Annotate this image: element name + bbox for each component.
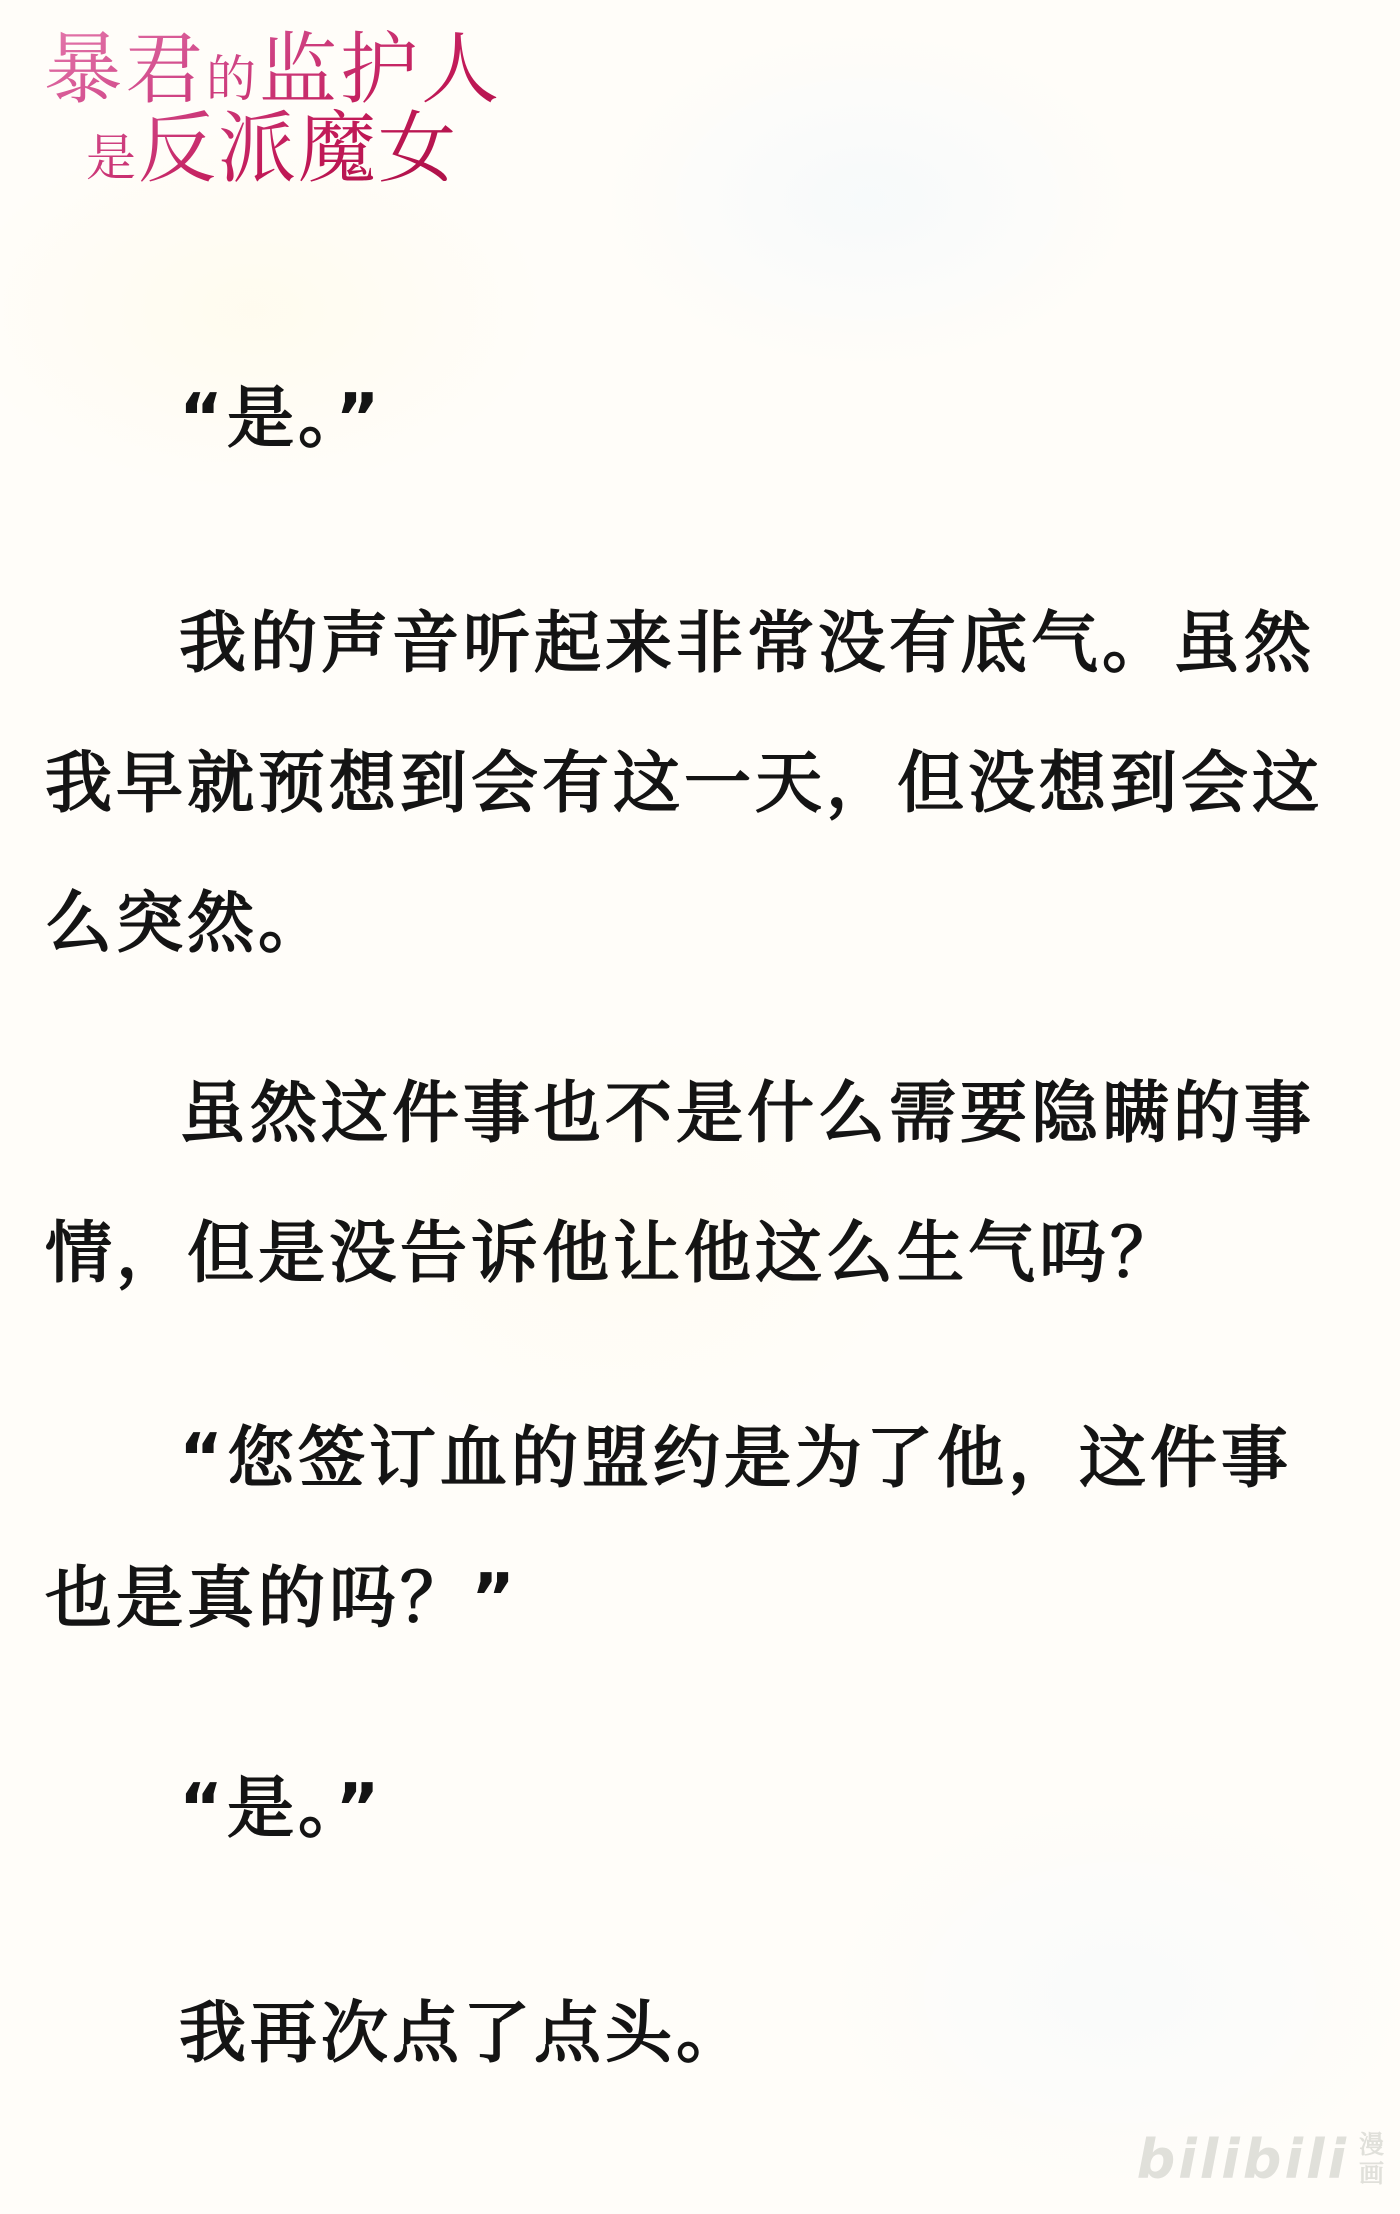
- paragraph: 我的声音听起来非常没有底气。虽然 我早就预想到会有这一天，但没想到会这 么突然。: [45, 573, 1355, 993]
- logo-text: 监护人: [259, 25, 502, 115]
- paragraph: 虽然这件事也不是什么需要隐瞒的事 情，但是没告诉他让他这么生气吗？: [45, 1043, 1355, 1323]
- text-line: 也是真的吗？”: [45, 1528, 1355, 1668]
- watermark-manga-label: 漫 画: [1359, 2131, 1384, 2189]
- bilibili-logo-text: bilibili: [1137, 2130, 1349, 2190]
- text-line: 我再次点了点头。: [45, 1963, 1355, 2103]
- paragraph: “您签订血的盟约是为了他，这件事 也是真的吗？”: [45, 1388, 1355, 1668]
- logo-text-small: 的: [206, 50, 259, 108]
- paragraph: “是。”: [45, 1738, 1355, 1878]
- text-line: 我的声音听起来非常没有底气。虽然: [45, 573, 1355, 713]
- logo-text: 反派魔女: [138, 104, 458, 194]
- series-logo: 暴君的监护人 是反派魔女: [44, 24, 502, 202]
- text-line: “是。”: [45, 1738, 1355, 1878]
- paragraph: “是。”: [45, 348, 1355, 488]
- text-line: 情，但是没告诉他让他这么生气吗？: [45, 1183, 1355, 1323]
- logo-text: 暴君: [44, 25, 206, 115]
- text-line: “是。”: [45, 348, 1355, 488]
- bilibili-watermark: bilibili 漫 画: [1137, 2130, 1384, 2190]
- series-logo-line2: 是反派魔女: [86, 105, 502, 202]
- watermark-manga-char: 漫: [1359, 2131, 1384, 2160]
- text-line: “您签订血的盟约是为了他，这件事: [45, 1388, 1355, 1528]
- paragraph: 我再次点了点头。: [45, 1963, 1355, 2103]
- text-line: 虽然这件事也不是什么需要隐瞒的事: [45, 1043, 1355, 1183]
- comic-novel-text-page: 暴君的监护人 是反派魔女 “是。” 我的声音听起来非常没有底气。虽然 我早就预想…: [0, 0, 1400, 2214]
- text-line: 么突然。: [45, 853, 1355, 993]
- text-line: 我早就预想到会有这一天，但没想到会这: [45, 713, 1355, 853]
- logo-text-small: 是: [86, 129, 138, 187]
- watermark-manga-char: 画: [1359, 2160, 1384, 2189]
